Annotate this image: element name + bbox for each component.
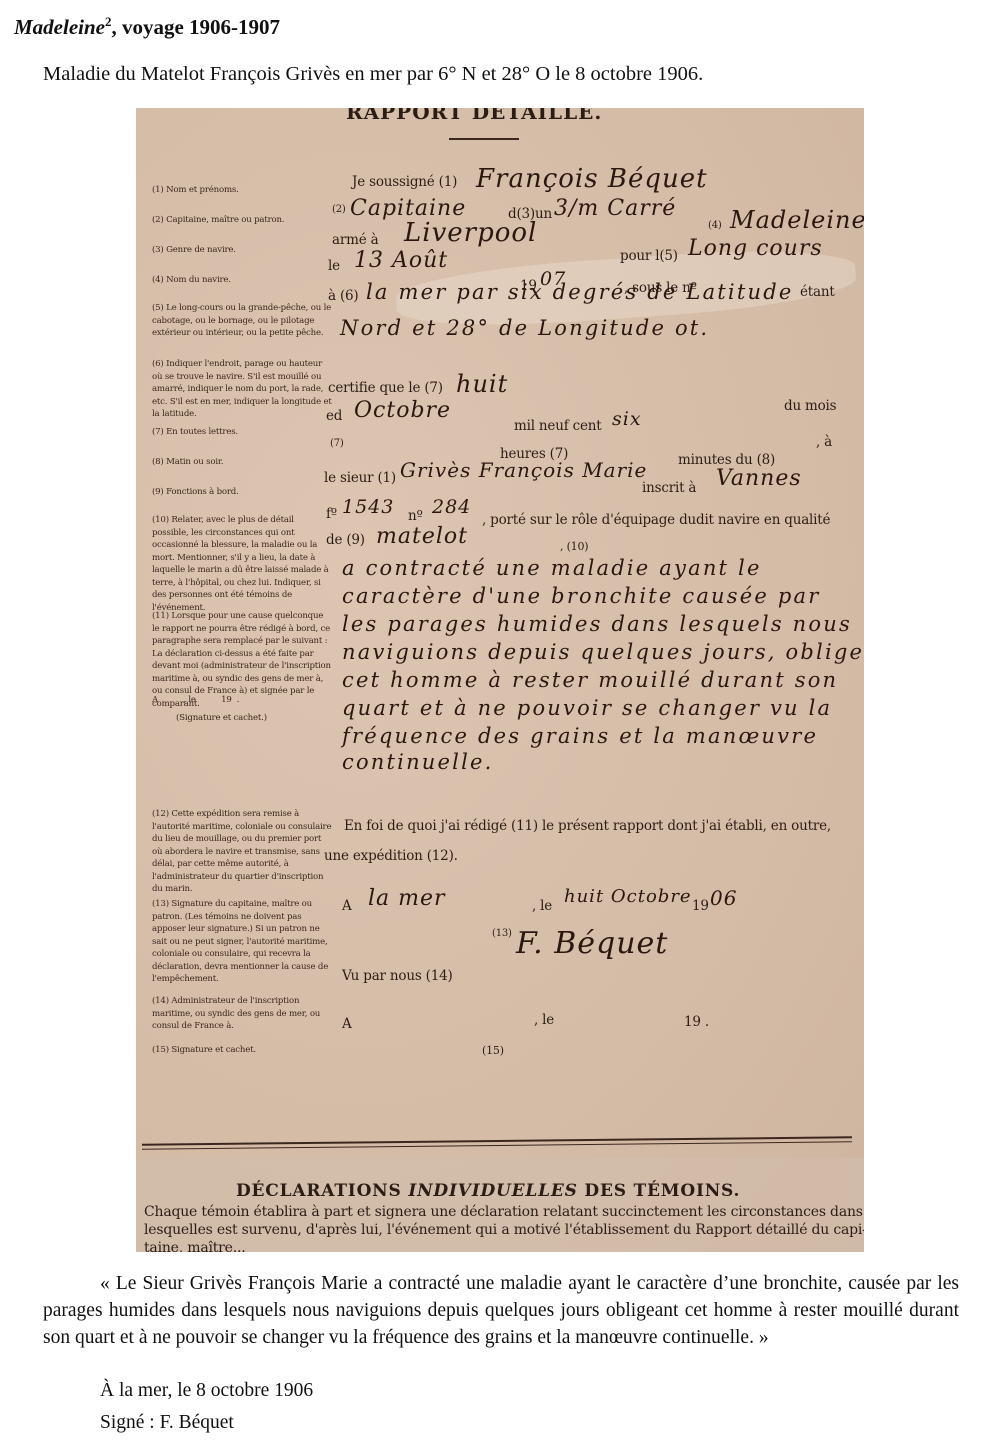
declarations-text: lesquelles est survenu, d'après lui, l'é… [144,1222,864,1238]
handwritten-position-1: la mer par six degrés de Latitude [366,280,794,304]
margin-note: (3) Genre de navire. [152,244,332,257]
ship-name: Madeleine [14,15,105,39]
handwritten-position-2: Nord et 28° de Longitude ot. [340,316,709,340]
margin-note: (7) En toutes lettres. [152,426,332,439]
handwritten-place: la mer [368,886,446,911]
margin-note: (8) Matin ou soir. [152,456,332,469]
label-vu-par: Vu par nous (14) [342,968,453,984]
transcription-quote: « Le Sieur Grivès François Marie a contr… [43,1270,959,1351]
margin-note: (9) Fonctions à bord. [152,486,332,499]
handwritten-month: Octobre [354,398,451,423]
scanned-form-image: RAPPORT DÉTAILLÉ. (1) Nom et prénoms. (2… [136,108,864,1252]
handwritten-port: Liverpool [404,218,537,248]
margin-note: (2) Capitaine, maître ou patron. [152,214,332,227]
label-inscrit: inscrit à [642,480,696,496]
ref-4: (4) [708,220,722,231]
handwritten-account-line: cet homme à rester mouillé durant son [342,668,838,692]
margin-note: (4) Nom du navire. [152,274,332,287]
ref-10: , (10) [560,540,588,553]
handwritten-name: François Béquet [476,164,708,194]
margin-note: A , le 19 . [152,694,332,707]
label-mil: mil neuf cent [514,418,601,434]
handwritten-sailor: Grivès François Marie [400,458,647,482]
label-arme-a: armé à [332,232,378,248]
label-a-bottom: A [342,1016,352,1032]
handwritten-voyage: Long cours [688,236,823,261]
label-je-soussigne: Je soussigné (1) [352,174,457,190]
ref-7: (7) [330,438,344,449]
handwritten-date: 13 Août [354,248,448,273]
ref-15: (15) [482,1044,504,1057]
handwritten-role: matelot [376,524,468,549]
title-rest: , voyage 1906-1907 [111,15,280,39]
transcription-place-date: À la mer, le 8 octobre 1906 [100,1380,313,1402]
handwritten-account-line: continuelle. [342,750,494,774]
handwritten-ship: Madeleine [730,206,864,234]
ref-2: (2) [332,204,346,215]
margin-note: (15) Signature et cachet. [152,1044,332,1057]
label-en-foi: En foi de quoi j'ai rédigé (11) le prése… [344,818,831,834]
label-a6: à (6) [328,288,358,304]
handwritten-account-line: a contracté une maladie ayant le [342,556,762,580]
handwritten-day: huit [456,370,508,398]
margin-note: (10) Relater, avec le plus de détail pos… [152,514,332,614]
page-title: Madeleine2, voyage 1906-1907 [14,14,280,40]
label-comma-a: , à [816,434,832,450]
handwritten-account-line: fréquence des grains et la manœuvre [342,724,818,748]
label-certifie: certifie que le (7) [328,380,443,396]
handwritten-account-line: caractère d'une bronchite causée par [342,584,821,608]
handwritten-inscribed: Vannes [716,466,802,491]
label-ed: ed [326,408,342,424]
handwritten-sig-date: huit Octobre [564,886,692,907]
label-folio: fº [326,506,337,522]
label-pour-le: pour l(5) [620,248,678,264]
ref-13: (13) [492,928,512,939]
margin-note: (6) Indiquer l'endroit, parage ou hauteu… [152,358,332,421]
label-le: le [328,258,340,274]
handwritten-number: 284 [432,496,471,518]
label-le-sieur: le sieur (1) [324,470,396,486]
label-une-expedition: une expédition (12). [324,848,458,864]
margin-note: (5) Le long-cours ou la grande-pêche, ou… [152,302,332,340]
margin-note: (12) Cette expédition sera remise à l'au… [152,808,332,896]
handwritten-ship-type: 3/m Carré [554,196,676,221]
form-title: RAPPORT DÉTAILLÉ. [346,108,602,124]
page-subtitle: Maladie du Matelot François Grivès en me… [43,63,703,86]
declarations-text: Chaque témoin établira à part et signera… [144,1204,863,1220]
label-a: A [342,898,352,914]
declarations-title: DÉCLARATIONS INDIVIDUELLES DES TÉMOINS. [236,1181,740,1201]
label-etant: étant [800,284,835,300]
handwritten-signature: F. Béquet [516,926,668,961]
handwritten-year-word: six [612,408,642,430]
margin-note: (14) Administrateur de l'inscription mar… [152,995,332,1033]
handwritten-account-line: quart et à ne pouvoir se changer vu la [342,696,832,720]
handwritten-folio: 1543 [342,496,394,518]
handwritten-account-line: naviguions depuis quelques jours, oblige… [342,640,864,664]
margin-note: (13) Signature du capitaine, maître ou p… [152,898,332,986]
label-le-bottom: , le [534,1012,554,1028]
label-du-mois: du mois [784,398,836,414]
label-year-bottom: 19 . [684,1014,709,1030]
label-le-sig: , le [532,898,552,914]
handwritten-sig-year: 06 [710,886,737,910]
margin-note: (1) Nom et prénoms. [152,184,332,197]
label-year-sig: 19 [692,898,709,914]
handwritten-account-line: les parages humides dans lesquels nous [342,612,852,636]
label-no: nº [408,508,423,524]
label-porte: , porté sur le rôle d'équipage dudit nav… [482,512,830,528]
label-de9: de (9) [326,532,365,548]
declarations-text: taine, maître... [144,1240,246,1252]
margin-note: (Signature et cachet.) [176,712,356,725]
transcription-signed: Signé : F. Béquet [100,1412,234,1434]
